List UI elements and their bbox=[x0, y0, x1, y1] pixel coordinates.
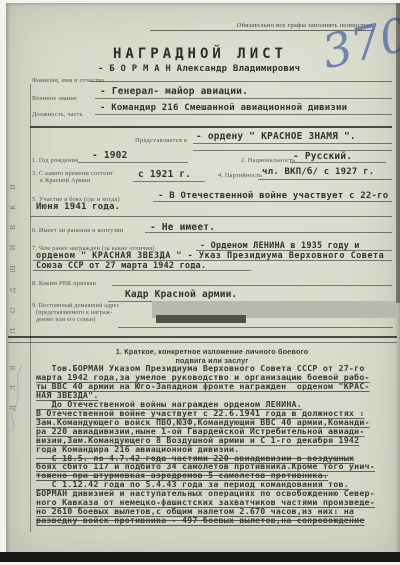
field-nationality-value: - Русский. bbox=[293, 151, 352, 162]
body-lines: Тов.БОРМАН Указом Президиума Верховного … bbox=[36, 364, 394, 525]
field-rvk-label: 8. Каким РВК призван bbox=[32, 280, 96, 287]
field-rank-label: Военное звание bbox=[32, 95, 77, 102]
field-combat-value2: Июня 1941 года. bbox=[36, 202, 120, 212]
rule-line bbox=[95, 98, 392, 99]
field-unit-label: Должность, часть bbox=[32, 111, 83, 118]
body-line: разведку войск противника - 497 боевых в… bbox=[36, 516, 394, 525]
field-nationality-label: 2. Национальность bbox=[241, 157, 295, 164]
scan-right-edge bbox=[396, 3, 400, 303]
field-address-label1: 9. Постоянный домашний адрес bbox=[32, 303, 119, 309]
rule-line bbox=[153, 201, 392, 202]
field-in-army-value: с 1921 г. bbox=[138, 169, 191, 180]
rule-line bbox=[33, 270, 251, 271]
rule-line bbox=[78, 162, 188, 163]
field-birth-year-label: 1. Год рождения bbox=[32, 157, 78, 164]
redaction-bar-dark bbox=[156, 315, 246, 323]
section-heading-line1: 1. Краткое, конкретное изложение личного… bbox=[30, 347, 394, 356]
field-rvk-value: Кадр Красной армии. bbox=[125, 289, 237, 300]
field-unit-value: - Командир 216 Смешанной авиационной див… bbox=[100, 103, 347, 113]
field-party-value: чл. ВКП/б/ с 1927 г. bbox=[262, 167, 374, 177]
field-party-label: 4. Партийность bbox=[218, 172, 262, 179]
rule-line bbox=[133, 181, 205, 182]
rule-line bbox=[90, 81, 392, 82]
rule-line bbox=[258, 179, 392, 180]
document-title: НАГРАДНОЙ ЛИСТ bbox=[0, 46, 400, 62]
field-rank-value: - Генерал- майор авиации. bbox=[100, 86, 248, 97]
field-in-army-label2: в Красной Армии bbox=[40, 177, 90, 184]
field-in-army-label: 3. С какого времени состоит bbox=[32, 170, 113, 177]
rule-line bbox=[145, 232, 392, 233]
field-name-value: - Б О Р М А Н Александр Владимирович bbox=[98, 64, 300, 74]
rule-line bbox=[290, 162, 386, 163]
field-address-label2: (представляемого к награж- bbox=[36, 310, 112, 316]
field-presented-value: - ордену " КРАСНОЕ ЗНАМЯ ". bbox=[196, 131, 356, 142]
section-separator bbox=[30, 126, 392, 128]
rule-line bbox=[95, 114, 392, 115]
field-presented-label: Представляется к bbox=[135, 137, 187, 144]
rule-line bbox=[30, 216, 392, 217]
rule-line bbox=[193, 143, 392, 144]
rule-line bbox=[118, 327, 393, 328]
scan-bottom-edge bbox=[0, 552, 400, 562]
section-separator bbox=[8, 336, 397, 338]
field-wounds-label: 6. Имеет ли ранения и контузии bbox=[32, 227, 123, 234]
field-birth-year-value: - 1902 bbox=[92, 150, 128, 161]
section-separator bbox=[8, 342, 397, 343]
margin-pencil-mark bbox=[3, 362, 29, 434]
field-address-label3: дению или его семьи) bbox=[36, 317, 96, 323]
scanned-award-document: ДЛЯ ПОДШИВКИ Обязательно все графы запол… bbox=[0, 0, 400, 565]
field-combat-value1: - В Отечественной войне участвует с 22-г… bbox=[158, 191, 388, 201]
rule-line bbox=[112, 285, 392, 286]
binding-fold-line bbox=[30, 84, 31, 532]
